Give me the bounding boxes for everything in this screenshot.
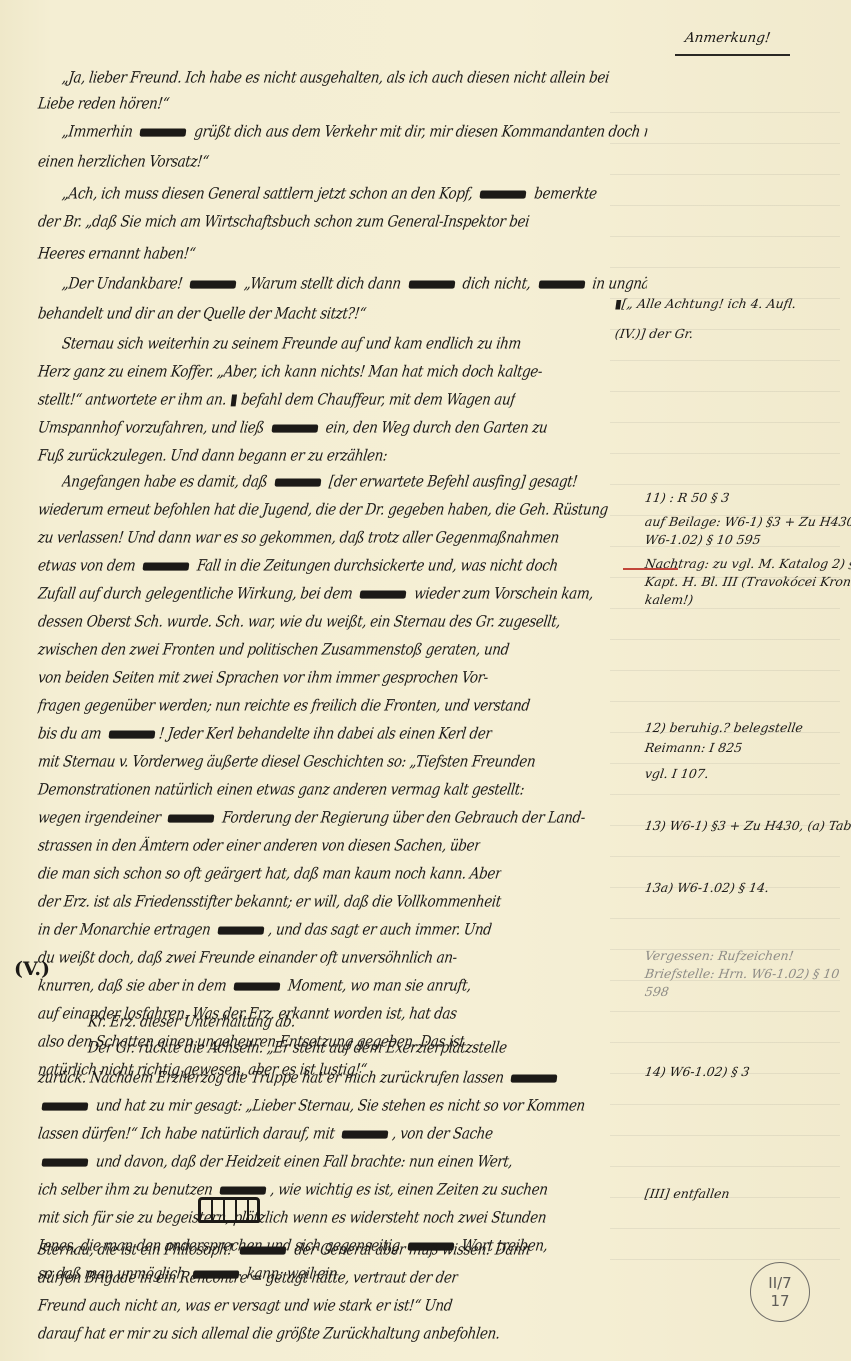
manuscript-line: Angefangen habe es damit, daß [der erwar…: [61, 473, 579, 491]
manuscript-line: Umspannhof vorzufahren, und ließ ein, de…: [37, 419, 549, 437]
manuscript-line: der Br. „daß Sie mich am Wirtschaftsbuch…: [37, 213, 530, 231]
page-number-top: II/7: [768, 1274, 791, 1292]
margin-note: [III] entfallen: [644, 1186, 731, 1201]
manuscript-line: knurren, daß sie aber in dem Moment, wo …: [37, 977, 472, 995]
struck-out-word: [41, 1159, 88, 1167]
page-number-bottom: 17: [770, 1292, 789, 1310]
struck-out-word: [240, 1247, 287, 1255]
manuscript-line: dessen Oberst Sch. wurde. Sch. war, wie …: [37, 613, 561, 631]
manuscript-line: fragen gegenüber werden; nun reichte es …: [37, 697, 531, 715]
manuscript-line: strassen in den Ämtern oder einer andere…: [37, 837, 481, 855]
pencil-sketch-drawing: [198, 1197, 260, 1223]
struck-out-word: [234, 983, 281, 991]
manuscript-line: ich selber ihm zu benutzen , wie wichtig…: [37, 1181, 549, 1199]
manuscript-line: stellt!“ antwortete er ihm an. ▮ befahl …: [37, 391, 516, 409]
manuscript-line: der Erz. ist als Friedensstifter bekannt…: [37, 893, 502, 911]
manuscript-line: behandelt und dir an der Quelle der Mach…: [37, 305, 367, 323]
margin-note: Vergessen: Rufzeichen!: [644, 948, 795, 963]
manuscript-line: „Der Undankbare! „Warum stellt dich dann…: [61, 275, 648, 293]
manuscript-line: dürfen Brigade in ein Rencontre = getagt…: [37, 1269, 459, 1287]
struck-out-word: [538, 281, 585, 289]
archive-page-number-stamp: II/7 17: [750, 1262, 810, 1322]
manuscript-line: Demonstrationen natürlich einen etwas ga…: [37, 781, 525, 799]
manuscript-line: und davon, daß der Heidzeit einen Fall b…: [37, 1153, 514, 1171]
margin-note: kalem!): [644, 592, 694, 607]
struck-out-word: [168, 815, 215, 823]
manuscript-line: etwas von dem Fall in die Zeitungen durc…: [37, 557, 559, 575]
struck-out-word: [220, 1187, 267, 1195]
manuscript-line: Herz ganz zu einem Koffer. „Aber, ich ka…: [37, 363, 543, 381]
manuscript-line: „Immerhin grüßt dich aus dem Verkehr mit…: [61, 123, 648, 141]
margin-note: auf Beilage: W6-1) §3 + Zu H430 (a) Fst.…: [644, 514, 851, 529]
manuscript-line: du weißt doch, daß zwei Freunde einander…: [37, 949, 458, 967]
manuscript-line: die man sich schon so oft geärgert hat, …: [37, 865, 502, 883]
section-marker-v: (V.): [14, 958, 50, 980]
struck-out-word: [190, 281, 237, 289]
margin-heading-underline: [675, 54, 790, 56]
manuscript-line: zu verlassen! Und dann war es so gekomme…: [37, 529, 560, 547]
struck-out-word: [108, 731, 155, 739]
manuscript-line: mit Sternau v. Vorderweg äußerte diesel …: [37, 753, 536, 771]
manuscript-line: darauf hat er mir zu sich allemal die gr…: [37, 1325, 501, 1343]
margin-note: Kapt. H. Bl. III (Travokócei Kron-: [644, 574, 851, 589]
manuscript-line: Freund auch nicht an, was er versagt und…: [37, 1297, 453, 1315]
struck-out-word: [360, 591, 407, 599]
margin-note: (IV.)] der Gr.: [614, 326, 694, 341]
margin-note: 13a) W6-1.02) § 14.: [644, 880, 770, 895]
manuscript-line: wegen irgendeiner Forderung der Regierun…: [37, 809, 586, 827]
margin-note: Reimann: I 825: [644, 740, 743, 755]
manuscript-line: Sternau sich weiterhin zu seinem Freunde…: [61, 335, 522, 353]
struck-out-word: [408, 281, 455, 289]
manuscript-line: und hat zu mir gesagt: „Lieber Sternau, …: [37, 1097, 586, 1115]
manuscript-line: lassen dürfen!“ Ich habe natürlich darau…: [37, 1125, 494, 1143]
manuscript-line: Fuß zurückzulegen. Und dann begann er zu…: [37, 447, 388, 465]
manuscript-line: wiederum erneut befohlen hat die Jugend,…: [37, 501, 609, 519]
manuscript-line: Heeres ernannt haben!“: [37, 245, 197, 263]
red-pencil-underline: [623, 568, 678, 570]
struck-out-word: [218, 927, 265, 935]
manuscript-line: Zufall auf durch gelegentliche Wirkung, …: [37, 585, 594, 603]
manuscript-line: Kr. Erz. dieser Unterhaltung ab.: [87, 1013, 296, 1031]
manuscript-line: einen herzlichen Vorsatz!“: [37, 153, 210, 171]
manuscript-line: Der Gr. rückte die Achseln. „Er steht au…: [87, 1039, 508, 1057]
manuscript-line: Sternau, die ist ein Philosoph! der Gene…: [37, 1241, 531, 1259]
manuscript-line: bis du am ! Jeder Kerl behandelte ihn da…: [37, 725, 493, 743]
struck-out-word: [480, 191, 527, 199]
margin-note: 13) W6-1) §3 + Zu H430, (a) Tab.: [644, 818, 851, 833]
margin-heading: Anmerkung!: [684, 30, 772, 46]
manuscript-line: zwischen den zwei Fronten und politische…: [37, 641, 510, 659]
manuscript-line: mit sich für sie zu begeistern, plötzlic…: [37, 1209, 547, 1227]
margin-note: vgl. I 107.: [644, 766, 710, 781]
manuscript-line: von beiden Seiten mit zwei Sprachen vor …: [37, 669, 489, 687]
margin-note: 12) beruhig.? belegstelle: [644, 720, 804, 735]
margin-note: W6-1.02) § 10 595: [644, 532, 762, 547]
struck-out-word: [271, 425, 318, 433]
struck-out-word: [275, 479, 322, 487]
manuscript-line: „Ach, ich muss diesen General sattlern j…: [61, 185, 598, 203]
margin-note: Briefstelle: Hrn. W6-1.02) § 10: [644, 966, 840, 981]
manuscript-line: „Ja, lieber Freund. Ich habe es nicht au…: [61, 69, 610, 87]
manuscript-line: in der Monarchie ertragen , und das sagt…: [37, 921, 493, 939]
margin-note: 14) W6-1.02) § 3: [644, 1064, 751, 1079]
margin-note: ▮[„ Alle Achtung! ich 4. Aufl.: [614, 296, 797, 311]
margin-annotation-column: Anmerkung! ▮[„ Alle Achtung! ich 4. Aufl…: [615, 0, 851, 1361]
manuscript-page: „Ja, lieber Freund. Ich habe es nicht au…: [0, 0, 851, 1361]
manuscript-line: Liebe reden hören!“: [37, 95, 170, 113]
margin-note: 11) : R 50 § 3: [644, 490, 730, 505]
struck-out-word: [511, 1075, 558, 1083]
margin-note: 598: [644, 984, 670, 999]
struck-out-word: [143, 563, 190, 571]
struck-out-word: [41, 1103, 88, 1111]
struck-out-word: [342, 1131, 389, 1139]
struck-out-word: [140, 129, 187, 137]
manuscript-line: zurück. Nachdem Erzherzog die Truppe hat…: [37, 1069, 563, 1087]
